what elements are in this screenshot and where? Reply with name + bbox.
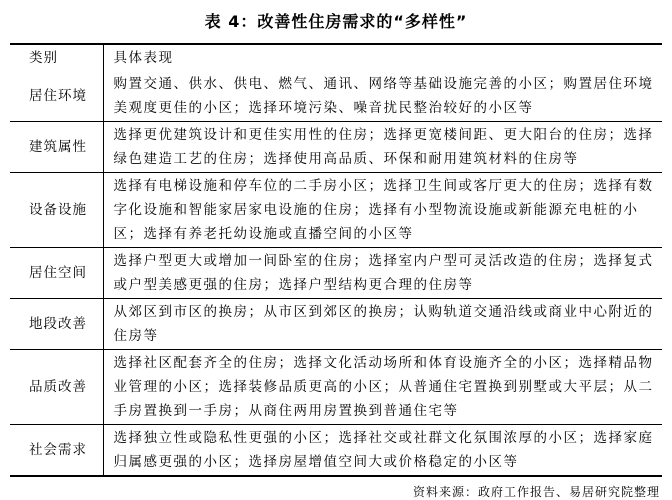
category-cell: 地段改善 (10, 299, 103, 350)
category-cell: 设备设施 (10, 173, 103, 248)
category-cell: 居住空间 (10, 248, 103, 299)
table-row-living-environment: 居住环境 购置交通、供水、供电、燃气、通讯、网络等基础设施完善的小区；购置居住环… (10, 71, 662, 122)
header-detail: 具体表现 (103, 44, 662, 71)
category-cell: 居住环境 (10, 71, 103, 122)
table-row-quality-improvement: 品质改善 选择社区配套齐全的住房；选择文化活动场所和体育设施齐全的小区；选择精品… (10, 350, 662, 425)
header-row: 类别 具体表现 (10, 44, 662, 71)
category-cell: 品质改善 (10, 350, 103, 425)
detail-cell: 选择有电梯设施和停车位的二手房小区；选择卫生间或客厅更大的住房；选择有数字化设施… (103, 173, 662, 248)
detail-cell: 从郊区到市区的换房；从市区到郊区的换房；认购轨道交通沿线或商业中心附近的住房等 (103, 299, 662, 350)
detail-cell: 购置交通、供水、供电、燃气、通讯、网络等基础设施完善的小区；购置居住环境美观度更… (103, 71, 662, 122)
category-cell: 社会需求 (10, 425, 103, 477)
detail-cell: 选择独立性或隐私性更强的小区；选择社交或社群文化氛围浓厚的小区；选择家庭归属感更… (103, 425, 662, 477)
housing-demand-table: 类别 具体表现 居住环境 购置交通、供水、供电、燃气、通讯、网络等基础设施完善的… (10, 43, 662, 477)
source-note: 资料来源：政府工作报告、易居研究院整理 (0, 483, 660, 500)
detail-cell: 选择更优建筑设计和更佳实用性的住房；选择更宽楼间距、更大阳台的住房；选择绿色建造… (103, 122, 662, 173)
detail-cell: 选择户型更大或增加一间卧室的住房；选择室内户型可灵活改造的住房；选择复式或户型美… (103, 248, 662, 299)
table-row-location-improvement: 地段改善 从郊区到市区的换房；从市区到郊区的换房；认购轨道交通沿线或商业中心附近… (10, 299, 662, 350)
table-row-social-needs: 社会需求 选择独立性或隐私性更强的小区；选择社交或社群文化氛围浓厚的小区；选择家… (10, 425, 662, 477)
table-header: 类别 具体表现 (10, 44, 662, 71)
detail-cell: 选择社区配套齐全的住房；选择文化活动场所和体育设施齐全的小区；选择精品物业管理的… (103, 350, 662, 425)
table-row-building-attributes: 建筑属性 选择更优建筑设计和更佳实用性的住房；选择更宽楼间距、更大阳台的住房；选… (10, 122, 662, 173)
header-category: 类别 (10, 44, 103, 71)
table-body: 居住环境 购置交通、供水、供电、燃气、通讯、网络等基础设施完善的小区；购置居住环… (10, 71, 662, 476)
table-row-living-space: 居住空间 选择户型更大或增加一间卧室的住房；选择室内户型可灵活改造的住房；选择复… (10, 248, 662, 299)
table-row-equipment-facilities: 设备设施 选择有电梯设施和停车位的二手房小区；选择卫生间或客厅更大的住房；选择有… (10, 173, 662, 248)
table-title: 表 4：改善性住房需求的“多样性” (0, 0, 672, 43)
document-page: 表 4：改善性住房需求的“多样性” 类别 具体表现 居住环境 购置交通、供水、供… (0, 0, 672, 500)
category-cell: 建筑属性 (10, 122, 103, 173)
